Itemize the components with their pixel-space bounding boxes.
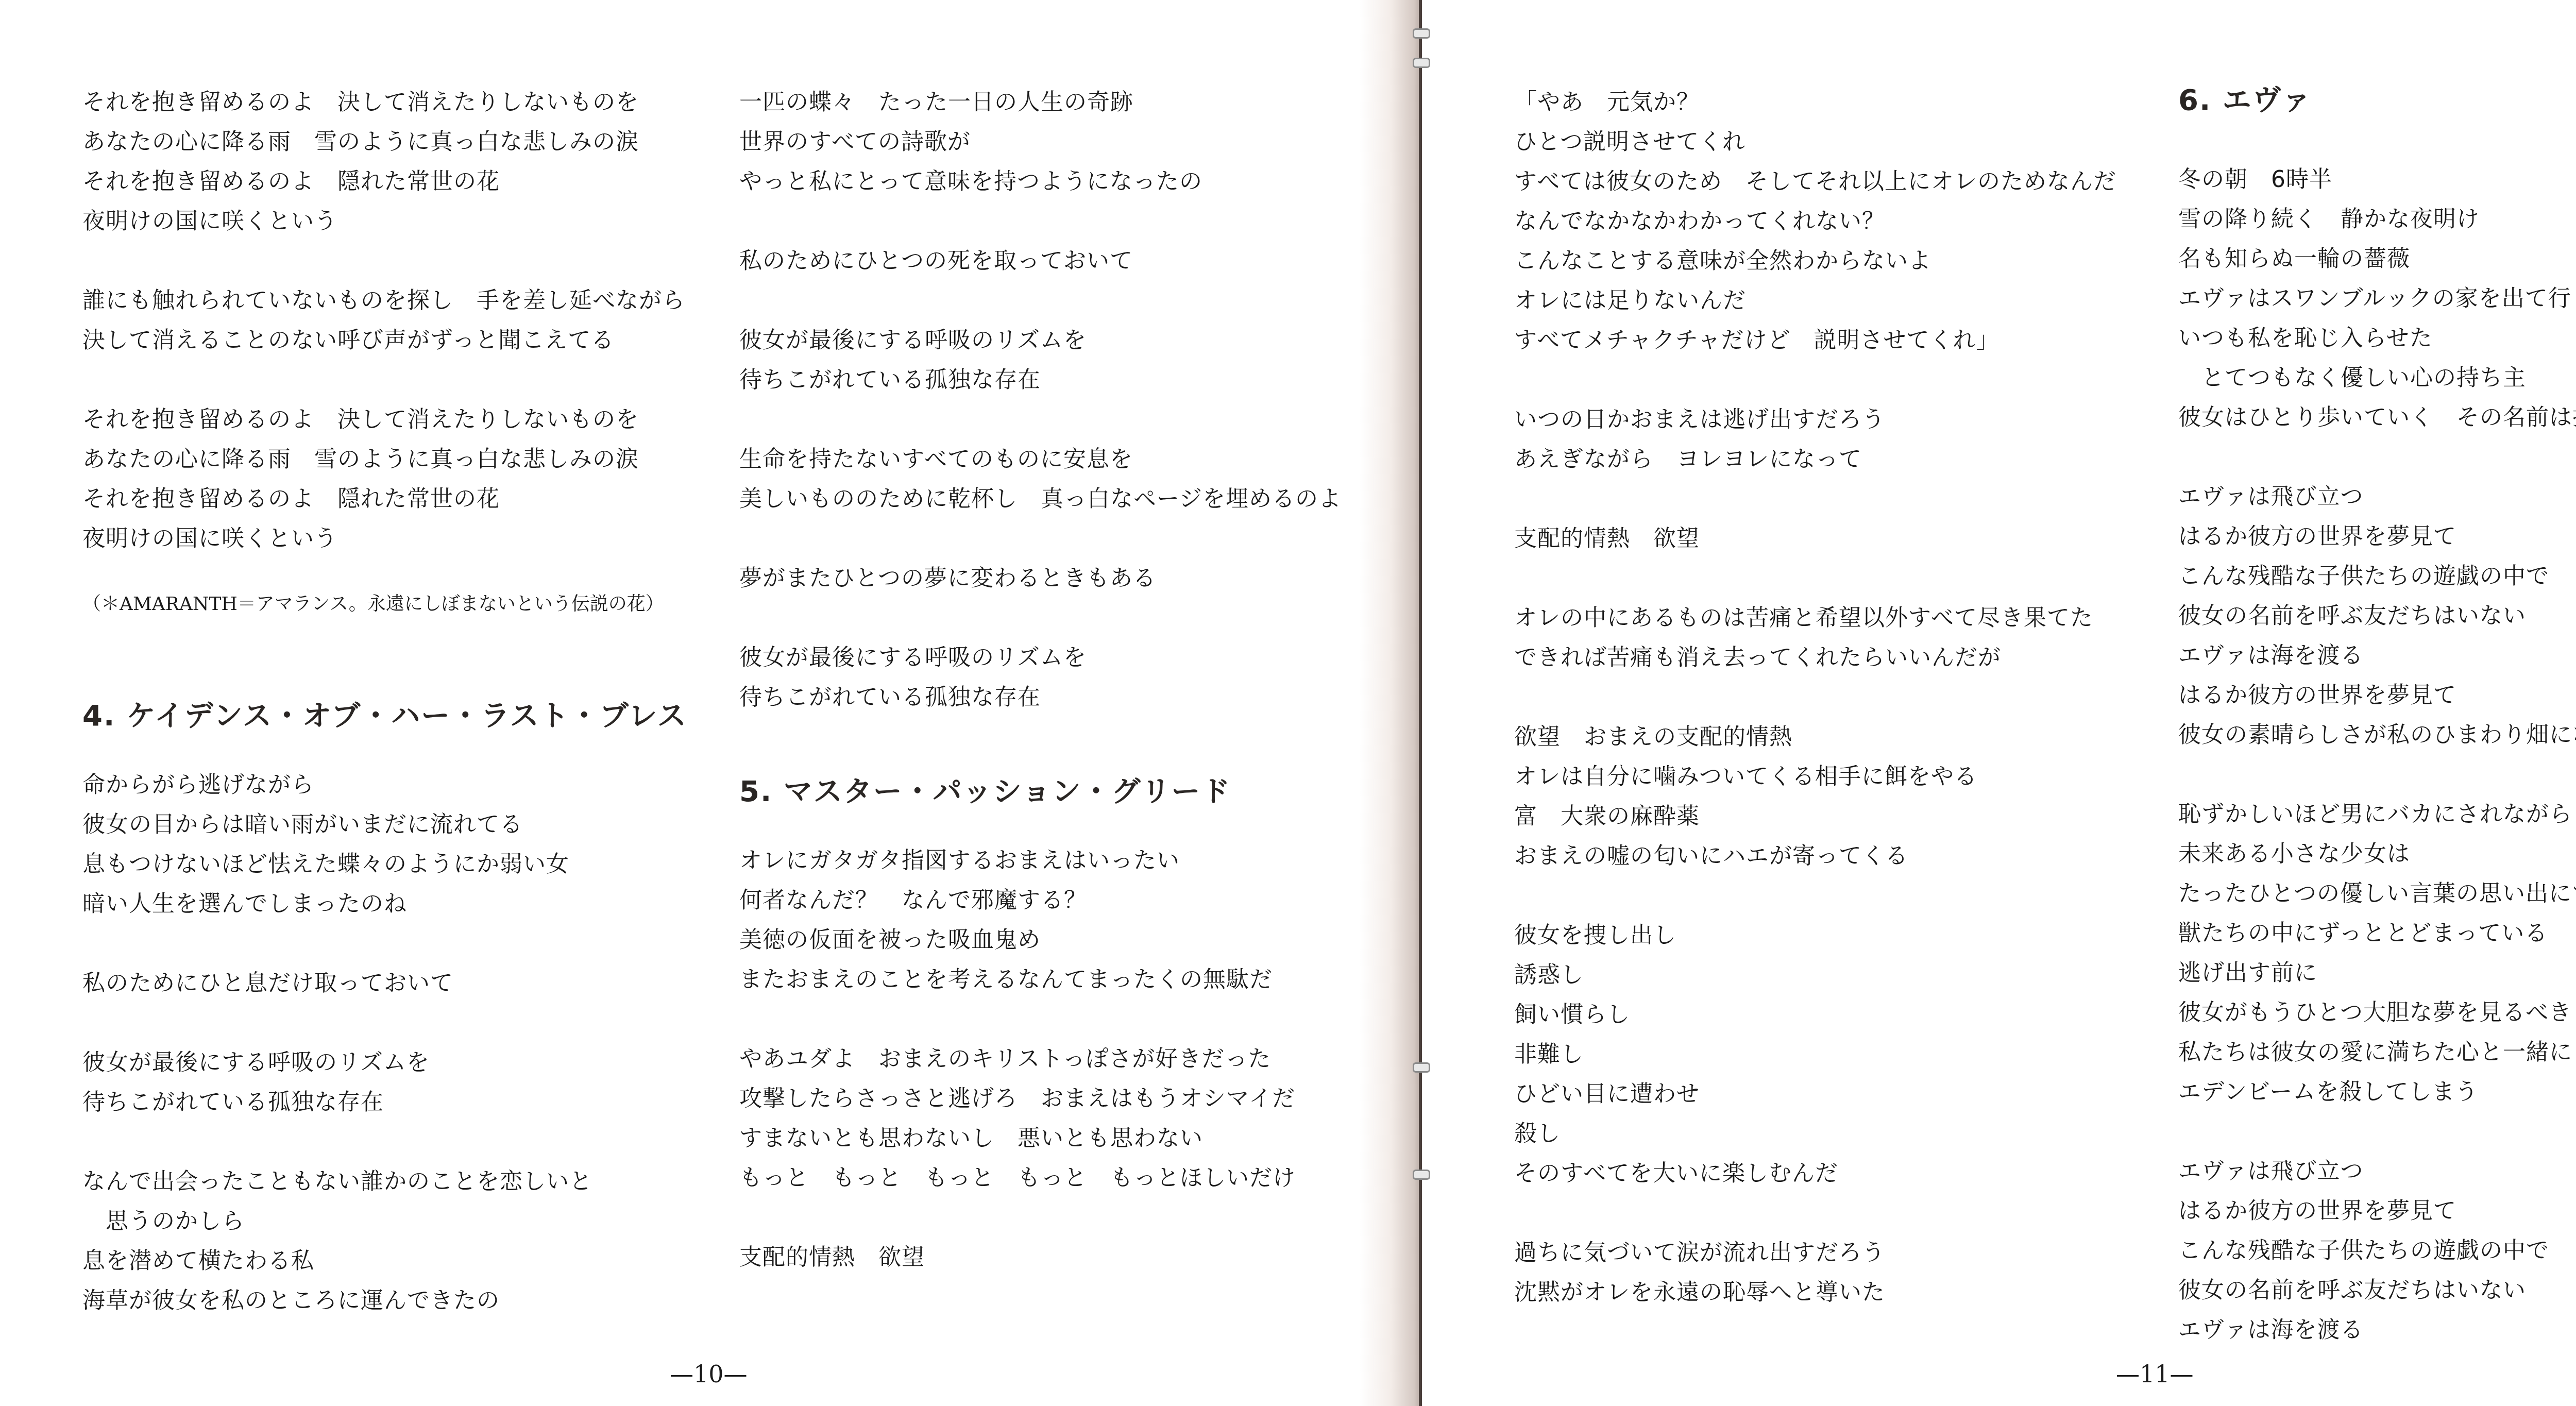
lyric-line: 支配的情熱 欲望 xyxy=(1514,519,2163,558)
stanza-break xyxy=(82,1003,726,1043)
lyric-line: オレは自分に噛みついてくる相手に餌をやる xyxy=(1514,757,2163,797)
lyric-line: すまないとも思わないし 悪いとも思わない xyxy=(739,1119,1383,1158)
lyric-line: とてつもなく優しい心の持ち主 xyxy=(2178,358,2576,398)
right-page: 「やあ 元気か？ひとつ説明させてくれすべては彼女のため そしてそれ以上にオレのた… xyxy=(1420,0,2576,1406)
lyric-line: はるか彼方の世界を夢見て xyxy=(2178,517,2576,556)
lyric-line: 息もつけないほど怯えた蝶々のようにか弱い女 xyxy=(82,844,726,884)
lyric-line: ひとつ説明させてくれ xyxy=(1514,122,2163,162)
lyric-line: 逃げ出す前に xyxy=(2178,953,2576,993)
stanza-break xyxy=(1514,360,2163,400)
lyric-line: 暗い人生を選んでしまったのね xyxy=(82,884,726,924)
lyric-line: あなたの心に降る雨 雪のように真っ白な悲しみの涙 xyxy=(82,122,726,162)
lyric-line: いつの日かおまえは逃げ出すだろう xyxy=(1514,400,2163,439)
lyric-line: すべてメチャクチャだけど 説明させてくれ」 xyxy=(1514,320,2163,360)
lyric-line: 欲望 おまえの支配的情熱 xyxy=(1514,717,2163,757)
left-page: それを抱き留めるのよ 決して消えたりしないものをあなたの心に降る雨 雪のように真… xyxy=(0,0,1420,1406)
lyric-line: 美徳の仮面を被った吸血鬼め xyxy=(739,920,1383,960)
stanza-break xyxy=(82,360,726,400)
lyric-line: 海草が彼女を私のところに運んできたの xyxy=(82,1281,726,1320)
lyric-line: やあユダよ おまえのキリストっぽさが好きだった xyxy=(739,1039,1383,1079)
lyric-line: エヴァは飛び立つ xyxy=(2178,477,2576,517)
stanza-break xyxy=(739,1000,1383,1039)
lyric-line: オレの中にあるものは苦痛と希望以外すべて尽き果てた xyxy=(1514,598,2163,638)
lyric-line: たったひとつの優しい言葉の思い出にすがって xyxy=(2178,874,2576,913)
lyric-line: 夜明けの国に咲くという xyxy=(82,519,726,558)
left-page-column-2: 一匹の蝶々 たった一日の人生の奇跡世界のすべての詩歌がやっと私にとって意味を持つ… xyxy=(739,82,1383,1277)
lyric-line: エヴァは海を渡る xyxy=(2178,1310,2576,1350)
lyric-line: 雪の降り続く 静かな夜明け xyxy=(2178,199,2576,239)
stanza-break xyxy=(2178,437,2576,477)
lyric-line: こんな残酷な子供たちの遊戯の中で xyxy=(2178,1231,2576,1271)
lyric-line: 彼女の名前を呼ぶ友だちはいない xyxy=(2178,1271,2576,1310)
lyric-line: 彼女が最後にする呼吸のリズムを xyxy=(739,638,1383,677)
lyric-line: 富 大衆の麻酔薬 xyxy=(1514,797,2163,836)
lyric-line: オレにガタガタ指図するおまえはいったい xyxy=(739,841,1383,880)
stanza-break xyxy=(2178,1112,2576,1151)
right-page-column-1: 「やあ 元気か？ひとつ説明させてくれすべては彼女のため そしてそれ以上にオレのた… xyxy=(1514,82,2163,1312)
lyric-line: 待ちこがれている孤独な存在 xyxy=(739,360,1383,400)
lyric-line: こんな残酷な子供たちの遊戯の中で xyxy=(2178,556,2576,596)
lyric-line: 美しいもののために乾杯し 真っ白なページを埋めるのよ xyxy=(739,479,1383,519)
lyric-line: 沈黙がオレを永遠の恥辱へと導いた xyxy=(1514,1273,2163,1312)
lyric-line: またおまえのことを考えるなんてまったくの無駄だ xyxy=(739,960,1383,1000)
stanza-break xyxy=(82,924,726,963)
lyric-line: 待ちこがれている孤独な存在 xyxy=(82,1082,726,1122)
lyric-line: 何者なんだ？ なんで邪魔する？ xyxy=(739,880,1383,920)
lyric-line: はるか彼方の世界を夢見て xyxy=(2178,675,2576,715)
lyric-line: 恥ずかしいほど男にバカにされながら xyxy=(2178,794,2576,834)
lyric-line: 一匹の蝶々 たった一日の人生の奇跡 xyxy=(739,82,1383,122)
stanza-break xyxy=(739,400,1383,439)
lyric-line: できれば苦痛も消え去ってくれたらいいんだが xyxy=(1514,638,2163,677)
song-5-lyrics: オレにガタガタ指図するおまえはいったい何者なんだ？ なんで邪魔する？美徳の仮面を… xyxy=(739,841,1383,1277)
lyric-line: 獣たちの中にずっととどまっている xyxy=(2178,913,2576,953)
lyric-line: 決して消えることのない呼び声がずっと聞こえてる xyxy=(82,320,726,360)
song-title-6: 6. エヴァ xyxy=(2178,77,2576,118)
lyric-line: こんなことする意味が全然わからないよ xyxy=(1514,241,2163,281)
booklet-spread: それを抱き留めるのよ 決して消えたりしないものをあなたの心に降る雨 雪のように真… xyxy=(0,0,2576,1406)
lyric-line: 彼女はひとり歩いていく その名前は捨てることなく xyxy=(2178,398,2576,437)
stanza-break xyxy=(82,1122,726,1162)
lyric-line: 夜明けの国に咲くという xyxy=(82,201,726,241)
song-title-4: 4. ケイデンス・オブ・ハー・ラスト・ブレス xyxy=(82,693,726,734)
stanza-break xyxy=(1514,558,2163,598)
lyric-line: 彼女が最後にする呼吸のリズムを xyxy=(82,1043,726,1082)
lyric-line: エヴァは海を渡る xyxy=(2178,636,2576,675)
lyric-line: 思うのかしら xyxy=(82,1201,726,1241)
lyric-line: エデンビームを殺してしまう xyxy=(2178,1072,2576,1112)
stanza-break xyxy=(739,1198,1383,1238)
staple-bottom xyxy=(1413,1062,1430,1073)
lyric-line: 彼女の目からは暗い雨がいまだに流れてる xyxy=(82,805,726,844)
lyric-line: はるか彼方の世界を夢見て xyxy=(2178,1191,2576,1231)
lyric-line: 命からがら逃げながら xyxy=(82,765,726,805)
stanza-break xyxy=(1514,1193,2163,1233)
staple-top-2 xyxy=(1413,58,1430,68)
lyrics-block: 一匹の蝶々 たった一日の人生の奇跡世界のすべての詩歌がやっと私にとって意味を持つ… xyxy=(739,82,1383,717)
staple-bottom-2 xyxy=(1413,1170,1430,1180)
song-title-5: 5. マスター・パッション・グリード xyxy=(739,769,1383,810)
stanza-break xyxy=(739,281,1383,320)
lyric-line: 攻撃したらさっさと逃げろ おまえはもうオシマイだ xyxy=(739,1079,1383,1119)
song-4-lyrics: 命からがら逃げながら彼女の目からは暗い雨がいまだに流れてる息もつけないほど怯えた… xyxy=(82,765,726,1320)
left-page-column-1: それを抱き留めるのよ 決して消えたりしないものをあなたの心に降る雨 雪のように真… xyxy=(82,82,726,1320)
lyric-line: 息を潜めて横たわる私 xyxy=(82,1241,726,1281)
lyric-line: そのすべてを大いに楽しむんだ xyxy=(1514,1154,2163,1193)
lyric-line: 誘惑し xyxy=(1514,955,2163,995)
lyric-line: エヴァは飛び立つ xyxy=(2178,1151,2576,1191)
page-number-10: —10— xyxy=(670,1360,748,1388)
lyric-line: それを抱き留めるのよ 隠れた常世の花 xyxy=(82,479,726,519)
lyric-line: 夢がまたひとつの夢に変わるときもある xyxy=(739,558,1383,598)
lyric-line: 彼女がもうひとつ大胆な夢を見るべきとき xyxy=(2178,993,2576,1032)
lyric-line: 彼女を捜し出し xyxy=(1514,916,2163,955)
stanza-break xyxy=(1514,876,2163,916)
lyric-line: 私たちは彼女の愛に満ちた心と一緒に xyxy=(2178,1032,2576,1072)
lyric-line: あなたの心に降る雨 雪のように真っ白な悲しみの涙 xyxy=(82,439,726,479)
lyric-line: すべては彼女のため そしてそれ以上にオレのためなんだ xyxy=(1514,162,2163,201)
lyric-line: 彼女が最後にする呼吸のリズムを xyxy=(739,320,1383,360)
lyric-line: 名も知らぬ一輪の薔薇 xyxy=(2178,239,2576,279)
lyric-line: 生命を持たないすべてのものに安息を xyxy=(739,439,1383,479)
stanza-break xyxy=(739,201,1383,241)
lyric-line: 非難し xyxy=(1514,1035,2163,1074)
lyric-line: オレには足りないんだ xyxy=(1514,281,2163,320)
lyric-line: なんで出会ったこともない誰かのことを恋しいと xyxy=(82,1162,726,1201)
lyric-line: 私のためにひと息だけ取っておいて xyxy=(82,963,726,1003)
lyric-line: もっと もっと もっと もっと もっとほしいだけ xyxy=(739,1158,1383,1198)
lyric-line: エヴァはスワンブルックの家を出て行く xyxy=(2178,279,2576,318)
lyrics-block: それを抱き留めるのよ 決して消えたりしないものをあなたの心に降る雨 雪のように真… xyxy=(82,82,726,558)
page-number-11: —11— xyxy=(2116,1360,2194,1388)
lyric-line: いつも私を恥じ入らせた xyxy=(2178,318,2576,358)
lyric-line: やっと私にとって意味を持つようになったの xyxy=(739,162,1383,201)
footnote: （＊AMARANTH＝アマランス。永遠にしぼまないという伝説の花） xyxy=(82,589,726,616)
stanza-break xyxy=(739,519,1383,558)
booklet-fold xyxy=(1419,0,1422,1406)
lyric-line: 待ちこがれている孤独な存在 xyxy=(739,677,1383,717)
stanza-break xyxy=(1514,677,2163,717)
lyric-line: それを抱き留めるのよ 決して消えたりしないものを xyxy=(82,82,726,122)
lyric-line: 飼い慣らし xyxy=(1514,995,2163,1035)
lyric-line: 私のためにひとつの死を取っておいて xyxy=(739,241,1383,281)
lyric-line: ひどい目に遭わせ xyxy=(1514,1074,2163,1114)
stanza-break xyxy=(2178,755,2576,794)
lyric-line: 彼女の素晴らしさが私のひまわり畑になるのよ xyxy=(2178,715,2576,755)
song-6-lyrics: 冬の朝 6時半雪の降り続く 静かな夜明け名も知らぬ一輪の薔薇エヴァはスワンブルッ… xyxy=(2178,160,2576,1350)
lyric-line: あえぎながら ヨレヨレになって xyxy=(1514,439,2163,479)
lyric-line: 「やあ 元気か？ xyxy=(1514,82,2163,122)
lyric-line: 未来ある小さな少女は xyxy=(2178,834,2576,874)
lyric-line: なんでなかなかわかってくれない？ xyxy=(1514,201,2163,241)
stanza-break xyxy=(82,241,726,281)
stanza-break xyxy=(1514,479,2163,519)
lyric-line: 冬の朝 6時半 xyxy=(2178,160,2576,199)
lyric-line: 誰にも触れられていないものを探し 手を差し延べながら xyxy=(82,281,726,320)
lyric-line: 世界のすべての詩歌が xyxy=(739,122,1383,162)
lyric-line: おまえの嘘の匂いにハエが寄ってくる xyxy=(1514,836,2163,876)
song-5-lyrics-continued: 「やあ 元気か？ひとつ説明させてくれすべては彼女のため そしてそれ以上にオレのた… xyxy=(1514,82,2163,1312)
stanza-break xyxy=(739,598,1383,638)
staple-top xyxy=(1413,28,1430,39)
lyric-line: それを抱き留めるのよ 隠れた常世の花 xyxy=(82,162,726,201)
lyric-line: 過ちに気づいて涙が流れ出すだろう xyxy=(1514,1233,2163,1273)
lyric-line: 殺し xyxy=(1514,1114,2163,1154)
lyric-line: それを抱き留めるのよ 決して消えたりしないものを xyxy=(82,400,726,439)
lyric-line: 支配的情熱 欲望 xyxy=(739,1238,1383,1277)
lyric-line: 彼女の名前を呼ぶ友だちはいない xyxy=(2178,596,2576,636)
right-page-column-2: 6. エヴァ 冬の朝 6時半雪の降り続く 静かな夜明け名も知らぬ一輪の薔薇エヴァ… xyxy=(2178,77,2576,1350)
